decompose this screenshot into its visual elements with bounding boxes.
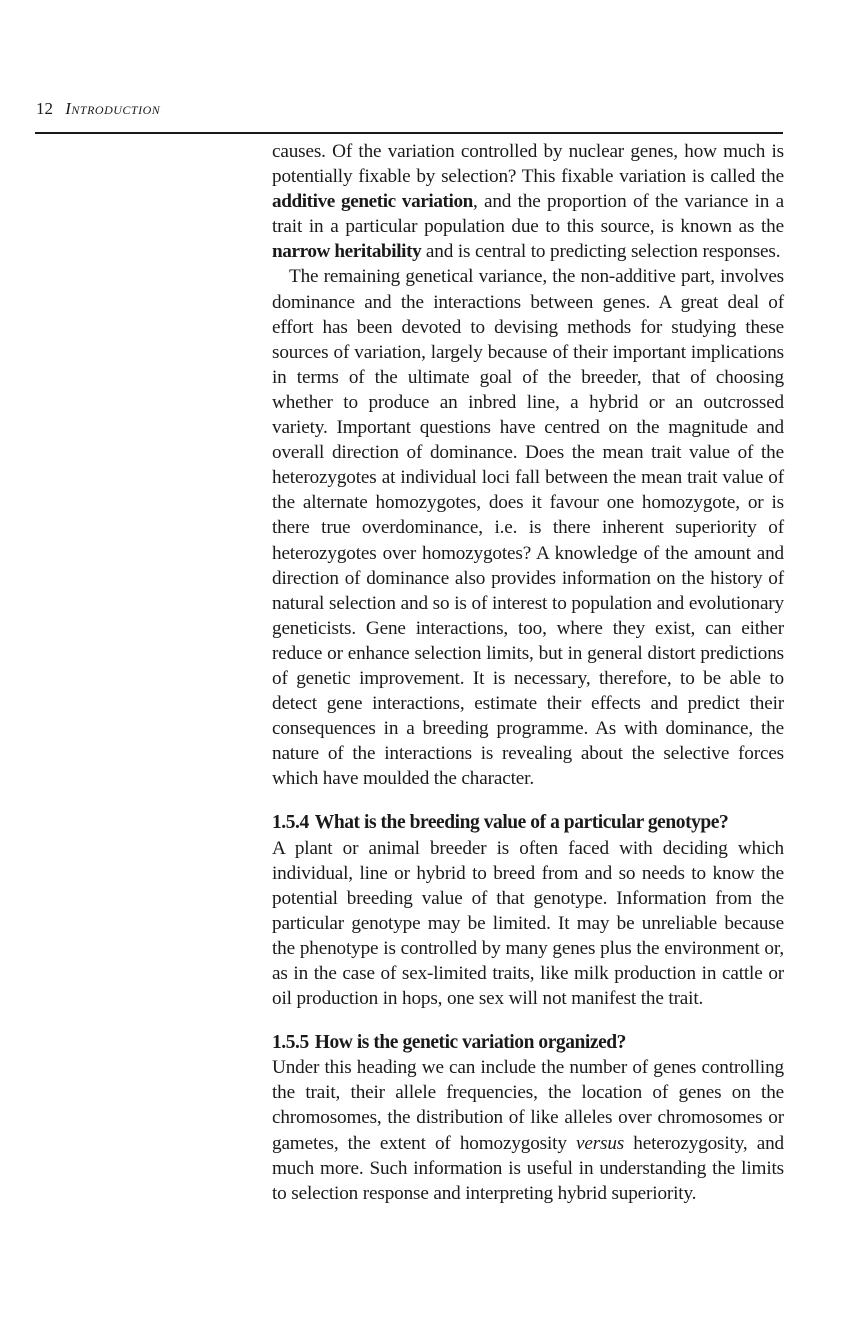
running-head: 12 Introduction [36, 99, 160, 119]
subsection-title: What is the breeding value of a particul… [315, 812, 729, 833]
paragraph-text: and is central to predicting selection r… [421, 241, 780, 262]
paragraph-genetic-organization: Under this heading we can include the nu… [272, 1055, 784, 1206]
paragraph-non-additive-variance: The remaining genetical variance, the no… [272, 264, 784, 791]
term-additive-genetic-variation: additive genetic variation [272, 191, 473, 212]
running-head-title: Introduction [65, 99, 160, 118]
spacer [272, 791, 784, 810]
term-narrow-heritability: narrow heritability [272, 241, 421, 262]
paragraph-breeding-value: A plant or animal breeder is often faced… [272, 836, 784, 1012]
paragraph-text: causes. Of the variation controlled by n… [272, 141, 784, 187]
header-rule-divider [35, 132, 783, 134]
subsection-number: 1.5.4 [272, 812, 309, 833]
subsection-heading-1-5-4: 1.5.4What is the breeding value of a par… [272, 810, 784, 835]
body-text-column: causes. Of the variation controlled by n… [272, 139, 784, 1206]
spacer [272, 1011, 784, 1030]
emphasis-versus: versus [576, 1133, 624, 1154]
subsection-title: How is the genetic variation organized? [315, 1032, 626, 1053]
paragraph-heritability: causes. Of the variation controlled by n… [272, 139, 784, 264]
subsection-heading-1-5-5: 1.5.5How is the genetic variation organi… [272, 1030, 784, 1055]
page-number: 12 [36, 99, 53, 118]
subsection-number: 1.5.5 [272, 1032, 309, 1053]
